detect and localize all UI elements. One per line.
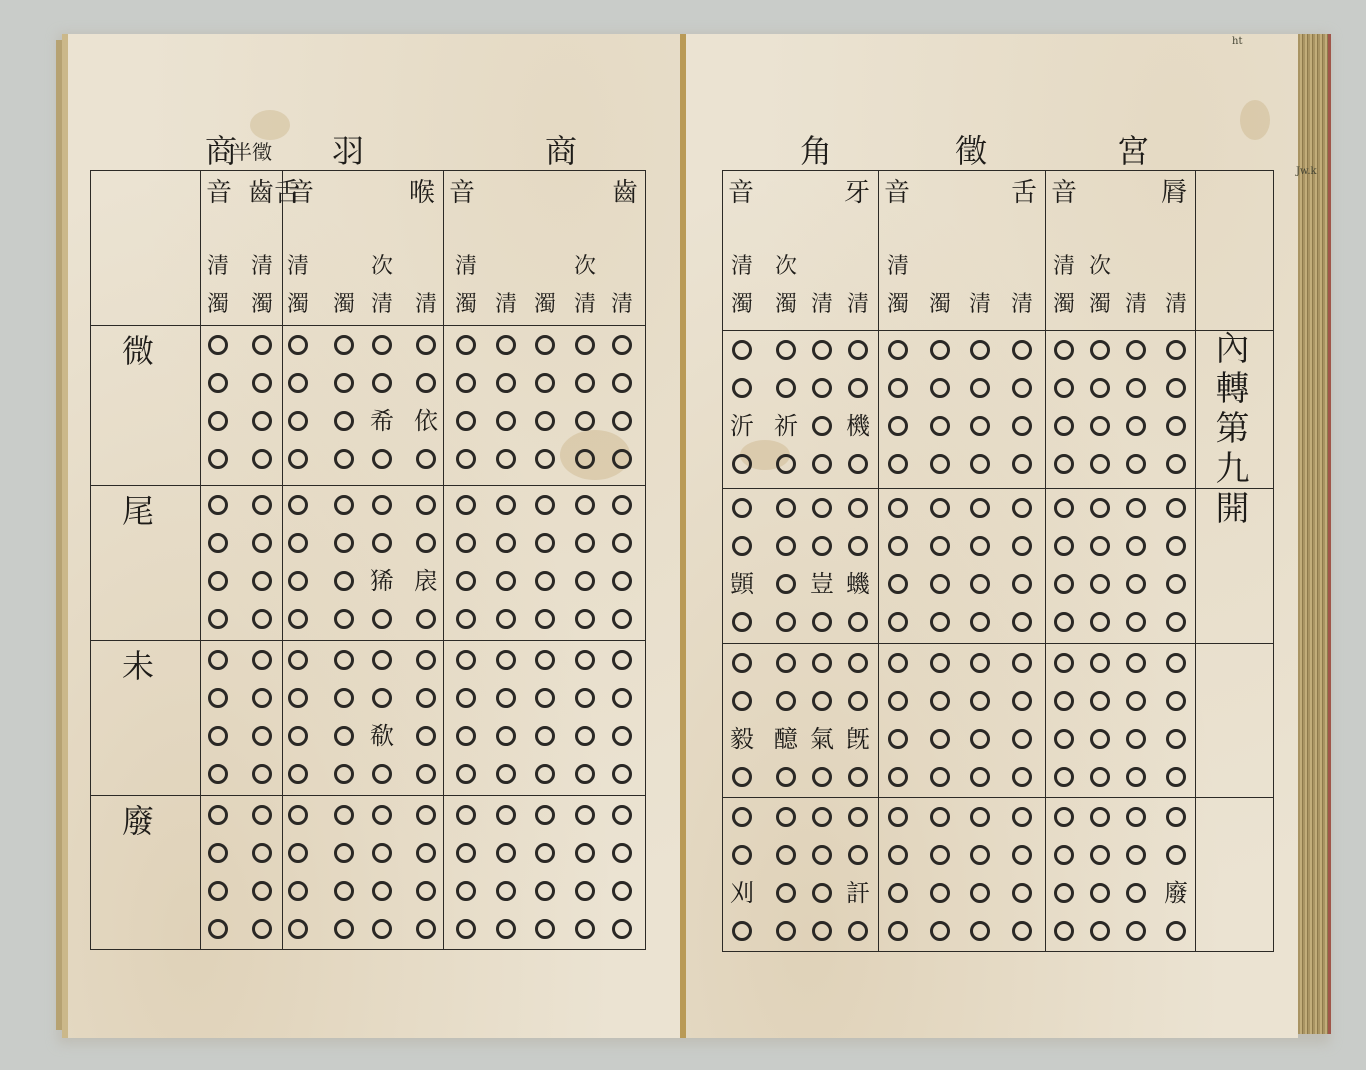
empty-circle-icon — [575, 688, 595, 708]
empty-circle-icon — [1126, 454, 1146, 474]
rime-character: 機 — [846, 414, 870, 438]
empty-circle-icon — [575, 919, 595, 939]
empty-circle-icon — [208, 609, 228, 629]
empty-circle-icon — [496, 919, 516, 939]
book-gutter — [680, 34, 686, 1038]
empty-circle-icon — [1054, 767, 1074, 787]
empty-circle-icon — [930, 340, 950, 360]
empty-circle-icon — [1012, 498, 1032, 518]
empty-circle-icon — [456, 373, 476, 393]
empty-circle-icon — [496, 650, 516, 670]
empty-circle-icon — [1090, 498, 1110, 518]
empty-circle-icon — [1012, 612, 1032, 632]
empty-circle-icon — [776, 536, 796, 556]
empty-circle-icon — [888, 498, 908, 518]
empty-circle-icon — [416, 650, 436, 670]
section-heading-label: 徵 — [955, 135, 987, 167]
empty-circle-icon — [1090, 378, 1110, 398]
empty-circle-icon — [776, 653, 796, 673]
empty-circle-icon — [1166, 691, 1186, 711]
empty-circle-icon — [888, 378, 908, 398]
empty-circle-icon — [416, 495, 436, 515]
empty-circle-icon — [416, 919, 436, 939]
empty-circle-icon — [575, 764, 595, 784]
empty-circle-icon — [456, 919, 476, 939]
empty-circle-icon — [334, 881, 354, 901]
empty-circle-icon — [776, 921, 796, 941]
empty-circle-icon — [970, 807, 990, 827]
empty-circle-icon — [416, 764, 436, 784]
rime-character: 醷 — [774, 727, 798, 751]
empty-circle-icon — [288, 609, 308, 629]
empty-circle-icon — [288, 449, 308, 469]
empty-circle-icon — [575, 843, 595, 863]
empty-circle-icon — [1126, 845, 1146, 865]
empty-circle-icon — [888, 807, 908, 827]
empty-circle-icon — [888, 653, 908, 673]
empty-circle-icon — [776, 378, 796, 398]
empty-circle-icon — [535, 764, 555, 784]
column-label-bottom: 清 — [611, 294, 633, 316]
empty-circle-icon — [416, 805, 436, 825]
empty-circle-icon — [612, 726, 632, 746]
empty-circle-icon — [288, 650, 308, 670]
empty-circle-icon — [252, 411, 272, 431]
empty-circle-icon — [288, 533, 308, 553]
empty-circle-icon — [970, 498, 990, 518]
empty-circle-icon — [535, 805, 555, 825]
column-label-bottom: 清 — [1165, 294, 1187, 316]
empty-circle-icon — [372, 495, 392, 515]
empty-circle-icon — [1054, 574, 1074, 594]
empty-circle-icon — [1166, 729, 1186, 749]
empty-circle-icon — [1126, 883, 1146, 903]
empty-circle-icon — [496, 609, 516, 629]
empty-circle-icon — [334, 335, 354, 355]
tone-label: 尾 — [122, 495, 154, 527]
empty-circle-icon — [732, 340, 752, 360]
empty-circle-icon — [732, 767, 752, 787]
rime-character: 顗 — [730, 572, 754, 596]
empty-circle-icon — [1012, 574, 1032, 594]
column-label-bottom: 清 — [1125, 294, 1147, 316]
group-head-yin: 音 — [884, 180, 910, 206]
empty-circle-icon — [1012, 340, 1032, 360]
empty-circle-icon — [970, 767, 990, 787]
empty-circle-icon — [372, 609, 392, 629]
empty-circle-icon — [288, 881, 308, 901]
empty-circle-icon — [535, 919, 555, 939]
empty-circle-icon — [812, 340, 832, 360]
empty-circle-icon — [1126, 536, 1146, 556]
empty-circle-icon — [456, 726, 476, 746]
chart-title: 內轉第九開 — [1212, 330, 1246, 560]
empty-circle-icon — [812, 921, 832, 941]
section-divider — [722, 643, 1274, 644]
column-label-bottom: 清 — [811, 294, 833, 316]
column-label-top: 清 — [455, 256, 477, 278]
empty-circle-icon — [930, 574, 950, 594]
empty-circle-icon — [1126, 807, 1146, 827]
empty-circle-icon — [612, 881, 632, 901]
empty-circle-icon — [252, 571, 272, 591]
empty-circle-icon — [1126, 612, 1146, 632]
empty-circle-icon — [888, 767, 908, 787]
empty-circle-icon — [848, 921, 868, 941]
empty-circle-icon — [776, 612, 796, 632]
group-head-name: 牙 — [844, 180, 870, 206]
empty-circle-icon — [732, 378, 752, 398]
empty-circle-icon — [612, 335, 632, 355]
section-heading-label: 半徵 — [232, 142, 272, 162]
column-label-bottom: 清 — [574, 294, 596, 316]
column-label-bottom: 濁 — [1089, 294, 1111, 316]
empty-circle-icon — [1090, 416, 1110, 436]
empty-circle-icon — [288, 843, 308, 863]
empty-circle-icon — [334, 688, 354, 708]
empty-circle-icon — [1054, 921, 1074, 941]
empty-circle-icon — [1090, 574, 1110, 594]
empty-circle-icon — [1090, 653, 1110, 673]
empty-circle-icon — [930, 921, 950, 941]
empty-circle-icon — [334, 495, 354, 515]
empty-circle-icon — [930, 729, 950, 749]
empty-circle-icon — [612, 805, 632, 825]
empty-circle-icon — [496, 411, 516, 431]
group-head-yin: 音 — [728, 180, 754, 206]
empty-circle-icon — [1012, 691, 1032, 711]
column-label-bottom: 濁 — [287, 294, 309, 316]
empty-circle-icon — [1054, 612, 1074, 632]
column-label-bottom: 清 — [1011, 294, 1033, 316]
empty-circle-icon — [776, 691, 796, 711]
empty-circle-icon — [776, 454, 796, 474]
empty-circle-icon — [535, 571, 555, 591]
empty-circle-icon — [1166, 340, 1186, 360]
empty-circle-icon — [612, 411, 632, 431]
empty-circle-icon — [612, 650, 632, 670]
paper-stain — [250, 110, 290, 140]
group-head-yin: 音 — [449, 180, 475, 206]
empty-circle-icon — [812, 454, 832, 474]
empty-circle-icon — [252, 609, 272, 629]
margin-mark-top: ht — [1232, 36, 1242, 47]
empty-circle-icon — [575, 373, 595, 393]
empty-circle-icon — [1054, 807, 1074, 827]
empty-circle-icon — [732, 612, 752, 632]
empty-circle-icon — [888, 729, 908, 749]
empty-circle-icon — [930, 612, 950, 632]
empty-circle-icon — [252, 688, 272, 708]
empty-circle-icon — [612, 764, 632, 784]
empty-circle-icon — [334, 726, 354, 746]
empty-circle-icon — [1012, 845, 1032, 865]
empty-circle-icon — [456, 449, 476, 469]
empty-circle-icon — [848, 767, 868, 787]
column-label-bottom: 濁 — [775, 294, 797, 316]
empty-circle-icon — [776, 767, 796, 787]
section-divider — [722, 488, 1274, 489]
empty-circle-icon — [1166, 454, 1186, 474]
empty-circle-icon — [416, 726, 436, 746]
tone-label: 微 — [122, 335, 154, 367]
empty-circle-icon — [1012, 536, 1032, 556]
empty-circle-icon — [372, 449, 392, 469]
empty-circle-icon — [1166, 574, 1186, 594]
empty-circle-icon — [1012, 807, 1032, 827]
empty-circle-icon — [575, 881, 595, 901]
empty-circle-icon — [888, 536, 908, 556]
empty-circle-icon — [456, 650, 476, 670]
tone-label: 未 — [122, 650, 154, 682]
column-label-bottom: 清 — [495, 294, 517, 316]
column-label-top: 次 — [775, 256, 797, 278]
empty-circle-icon — [930, 807, 950, 827]
empty-circle-icon — [208, 411, 228, 431]
empty-circle-icon — [334, 533, 354, 553]
rime-character: 祈 — [774, 414, 798, 438]
group-divider — [1195, 170, 1196, 952]
column-label-bottom: 清 — [969, 294, 991, 316]
empty-circle-icon — [776, 574, 796, 594]
empty-circle-icon — [1054, 729, 1074, 749]
empty-circle-icon — [1126, 921, 1146, 941]
section-divider — [90, 485, 646, 486]
empty-circle-icon — [848, 612, 868, 632]
empty-circle-icon — [732, 498, 752, 518]
empty-circle-icon — [848, 807, 868, 827]
empty-circle-icon — [416, 335, 436, 355]
empty-circle-icon — [288, 726, 308, 746]
empty-circle-icon — [535, 533, 555, 553]
column-label-top: 次 — [1089, 256, 1111, 278]
empty-circle-icon — [535, 335, 555, 355]
empty-circle-icon — [888, 883, 908, 903]
empty-circle-icon — [208, 650, 228, 670]
rime-character: 欷 — [370, 724, 394, 748]
empty-circle-icon — [1126, 340, 1146, 360]
empty-circle-icon — [372, 688, 392, 708]
empty-circle-icon — [732, 807, 752, 827]
empty-circle-icon — [456, 688, 476, 708]
empty-circle-icon — [575, 411, 595, 431]
empty-circle-icon — [252, 881, 272, 901]
column-label-bottom: 清 — [371, 294, 393, 316]
section-heading-label: 商 — [205, 135, 237, 167]
empty-circle-icon — [732, 536, 752, 556]
empty-circle-icon — [1166, 807, 1186, 827]
empty-circle-icon — [252, 919, 272, 939]
section-heading-label: 羽 — [332, 135, 364, 167]
empty-circle-icon — [612, 495, 632, 515]
rime-character: 希 — [370, 409, 394, 433]
column-label-top: 清 — [887, 256, 909, 278]
empty-circle-icon — [888, 340, 908, 360]
column-label-bottom: 清 — [847, 294, 869, 316]
empty-circle-icon — [1166, 498, 1186, 518]
empty-circle-icon — [1090, 729, 1110, 749]
column-label-top: 清 — [287, 256, 309, 278]
empty-circle-icon — [970, 883, 990, 903]
empty-circle-icon — [612, 688, 632, 708]
empty-circle-icon — [1126, 378, 1146, 398]
rime-character: 氣 — [810, 727, 834, 751]
empty-circle-icon — [1012, 378, 1032, 398]
empty-circle-icon — [612, 609, 632, 629]
empty-circle-icon — [1126, 653, 1146, 673]
header-divider — [722, 330, 1274, 331]
empty-circle-icon — [334, 571, 354, 591]
empty-circle-icon — [1126, 416, 1146, 436]
empty-circle-icon — [535, 688, 555, 708]
empty-circle-icon — [334, 411, 354, 431]
empty-circle-icon — [848, 845, 868, 865]
empty-circle-icon — [1126, 574, 1146, 594]
empty-circle-icon — [970, 921, 990, 941]
column-label-top: 清 — [251, 256, 273, 278]
empty-circle-icon — [252, 726, 272, 746]
empty-circle-icon — [776, 340, 796, 360]
empty-circle-icon — [496, 335, 516, 355]
empty-circle-icon — [1054, 883, 1074, 903]
empty-circle-icon — [732, 845, 752, 865]
empty-circle-icon — [252, 449, 272, 469]
empty-circle-icon — [288, 571, 308, 591]
empty-circle-icon — [496, 571, 516, 591]
empty-circle-icon — [252, 373, 272, 393]
empty-circle-icon — [848, 653, 868, 673]
empty-circle-icon — [848, 498, 868, 518]
empty-circle-icon — [848, 378, 868, 398]
empty-circle-icon — [334, 843, 354, 863]
empty-circle-icon — [848, 340, 868, 360]
empty-circle-icon — [1012, 454, 1032, 474]
empty-circle-icon — [334, 764, 354, 784]
group-divider — [1045, 170, 1046, 952]
empty-circle-icon — [496, 726, 516, 746]
empty-circle-icon — [208, 764, 228, 784]
empty-circle-icon — [970, 536, 990, 556]
empty-circle-icon — [930, 691, 950, 711]
empty-circle-icon — [252, 335, 272, 355]
empty-circle-icon — [812, 378, 832, 398]
empty-circle-icon — [1090, 845, 1110, 865]
empty-circle-icon — [1054, 536, 1074, 556]
empty-circle-icon — [208, 373, 228, 393]
empty-circle-icon — [612, 919, 632, 939]
empty-circle-icon — [334, 805, 354, 825]
empty-circle-icon — [930, 536, 950, 556]
empty-circle-icon — [252, 533, 272, 553]
empty-circle-icon — [288, 688, 308, 708]
empty-circle-icon — [1054, 416, 1074, 436]
empty-circle-icon — [888, 691, 908, 711]
empty-circle-icon — [575, 533, 595, 553]
empty-circle-icon — [372, 805, 392, 825]
column-label-top: 次 — [574, 256, 596, 278]
empty-circle-icon — [812, 883, 832, 903]
rime-character: 狶 — [370, 569, 394, 593]
empty-circle-icon — [930, 454, 950, 474]
empty-circle-icon — [288, 764, 308, 784]
column-label-bottom: 濁 — [455, 294, 477, 316]
empty-circle-icon — [416, 609, 436, 629]
empty-circle-icon — [575, 726, 595, 746]
empty-circle-icon — [252, 805, 272, 825]
empty-circle-icon — [1090, 536, 1110, 556]
column-label-top: 清 — [731, 256, 753, 278]
empty-circle-icon — [970, 416, 990, 436]
rime-character: 沂 — [730, 414, 754, 438]
empty-circle-icon — [208, 881, 228, 901]
empty-circle-icon — [1090, 883, 1110, 903]
empty-circle-icon — [208, 495, 228, 515]
empty-circle-icon — [252, 843, 272, 863]
empty-circle-icon — [535, 495, 555, 515]
empty-circle-icon — [372, 881, 392, 901]
empty-circle-icon — [334, 609, 354, 629]
empty-circle-icon — [372, 373, 392, 393]
group-head-yin: 音 — [288, 180, 314, 206]
column-label-bottom: 濁 — [207, 294, 229, 316]
empty-circle-icon — [1012, 729, 1032, 749]
group-head-name: 舌 — [1011, 180, 1037, 206]
empty-circle-icon — [612, 571, 632, 591]
empty-circle-icon — [1166, 612, 1186, 632]
column-label-bottom: 濁 — [333, 294, 355, 316]
empty-circle-icon — [535, 373, 555, 393]
group-head-name: 脣 — [1161, 180, 1187, 206]
column-label-bottom: 濁 — [534, 294, 556, 316]
empty-circle-icon — [334, 919, 354, 939]
empty-circle-icon — [496, 688, 516, 708]
column-label-top: 清 — [207, 256, 229, 278]
empty-circle-icon — [970, 454, 990, 474]
margin-mark-edge: Jw.k — [1296, 166, 1317, 177]
empty-circle-icon — [1166, 536, 1186, 556]
empty-circle-icon — [575, 805, 595, 825]
empty-circle-icon — [812, 807, 832, 827]
empty-circle-icon — [812, 767, 832, 787]
empty-circle-icon — [1012, 767, 1032, 787]
section-heading-label: 宮 — [1117, 135, 1149, 167]
empty-circle-icon — [970, 340, 990, 360]
empty-circle-icon — [535, 449, 555, 469]
empty-circle-icon — [456, 764, 476, 784]
empty-circle-icon — [208, 805, 228, 825]
rime-character: 訐 — [846, 881, 870, 905]
empty-circle-icon — [334, 449, 354, 469]
empty-circle-icon — [848, 454, 868, 474]
empty-circle-icon — [776, 498, 796, 518]
empty-circle-icon — [776, 883, 796, 903]
empty-circle-icon — [288, 373, 308, 393]
header-divider — [90, 325, 646, 326]
right-rime-table — [722, 170, 1274, 952]
rime-character: 豈 — [810, 572, 834, 596]
empty-circle-icon — [416, 373, 436, 393]
empty-circle-icon — [208, 843, 228, 863]
empty-circle-icon — [496, 495, 516, 515]
empty-circle-icon — [1090, 807, 1110, 827]
column-label-bottom: 濁 — [251, 294, 273, 316]
empty-circle-icon — [1012, 921, 1032, 941]
empty-circle-icon — [970, 729, 990, 749]
empty-circle-icon — [812, 498, 832, 518]
empty-circle-icon — [812, 536, 832, 556]
empty-circle-icon — [208, 533, 228, 553]
rime-character: 旣 — [846, 727, 870, 751]
